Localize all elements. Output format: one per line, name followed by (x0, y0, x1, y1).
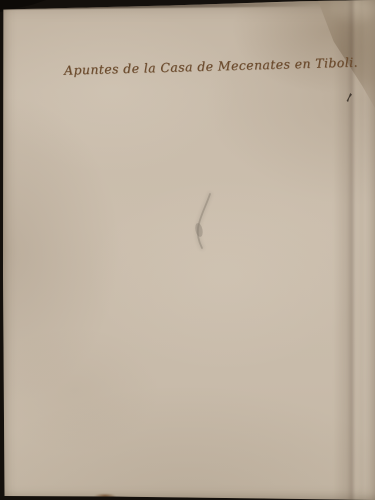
paper-sheet: Apuntes de la Casa de Mecenates en Tibol… (0, 0, 375, 500)
bottom-blotch (92, 493, 118, 499)
handwritten-inscription: Apuntes de la Casa de Mecenates en Tibol… (64, 55, 334, 78)
manuscript-scan: Apuntes de la Casa de Mecenates en Tibol… (0, 0, 375, 500)
right-fold-line (333, 0, 363, 500)
graphite-smudge (182, 190, 226, 254)
top-edge-shadow (3, 3, 313, 10)
